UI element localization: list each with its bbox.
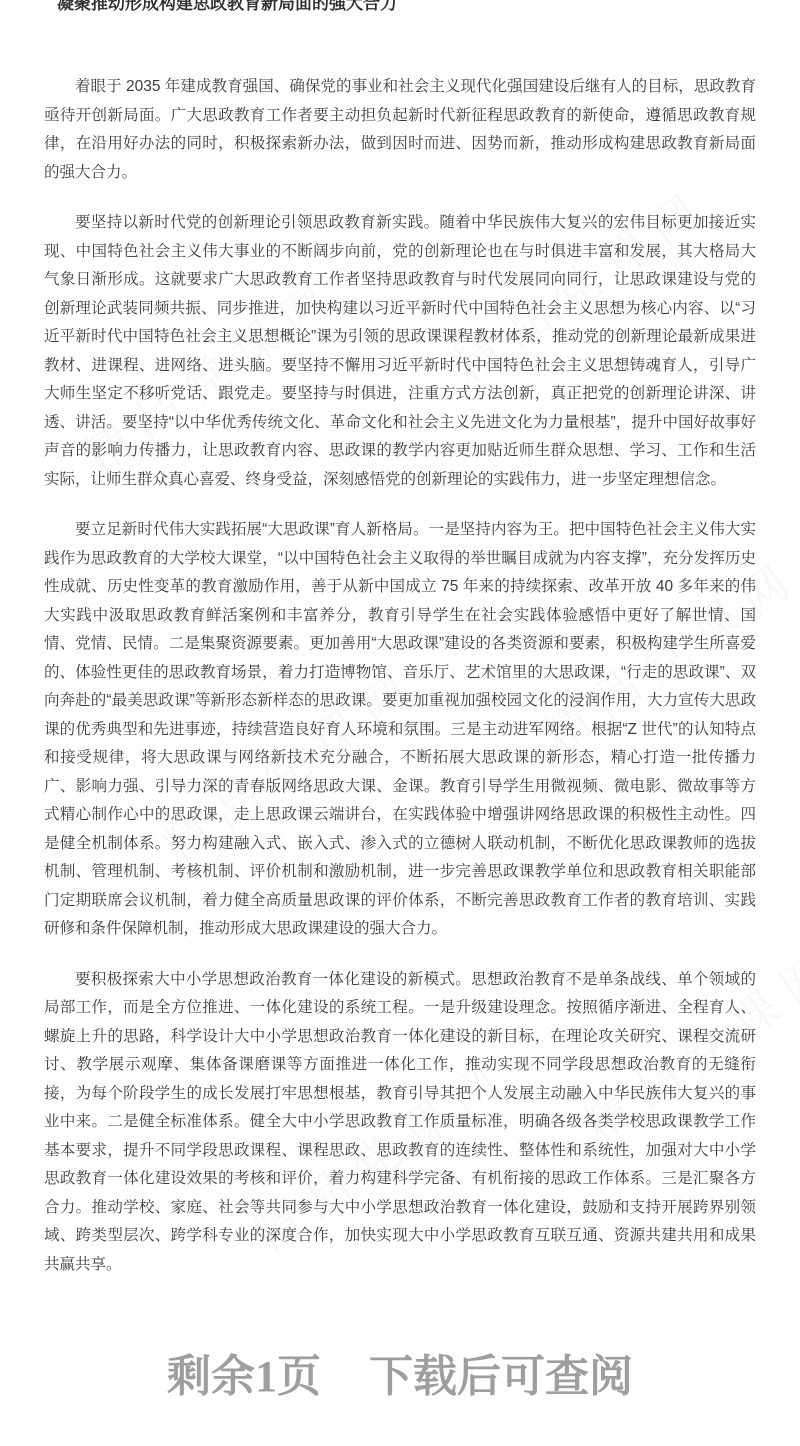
download-banner[interactable]: 剩余1页 下载后可查阅 <box>0 1340 800 1404</box>
document-content: 着眼于 2035 年建成教育强国、确保党的事业和社会主义现代化强国建设后继有人的… <box>44 73 756 1279</box>
paragraph: 要坚持以新时代党的创新理论引领思政教育新实践。随着中华民族伟大复兴的宏伟目标更加… <box>44 209 756 494</box>
paragraph: 要积极探索大中小学思想政治教育一体化建设的新模式。思想政治教育不是单条战线、单个… <box>44 966 756 1280</box>
document-preview-page: 精品党课网 精品党课网 精品党课网 精品党课网 精品党课网 精品党课网 凝聚推动… <box>0 0 800 1446</box>
download-hint-label: 下载后可查阅 <box>369 1340 633 1404</box>
paragraph: 着眼于 2035 年建成教育强国、确保党的事业和社会主义现代化强国建设后继有人的… <box>44 73 756 187</box>
paragraph: 要立足新时代伟大实践拓展“大思政课”育人新格局。一是坚持内容为王。把中国特色社会… <box>44 516 756 944</box>
remaining-pages-label: 剩余1页 <box>167 1340 321 1404</box>
document-body: 凝聚推动形成构建思政教育新局面的强大合力 着眼于 2035 年建成教育强国、确保… <box>0 0 800 1279</box>
page-title: 凝聚推动形成构建思政教育新局面的强大合力 <box>57 0 800 15</box>
